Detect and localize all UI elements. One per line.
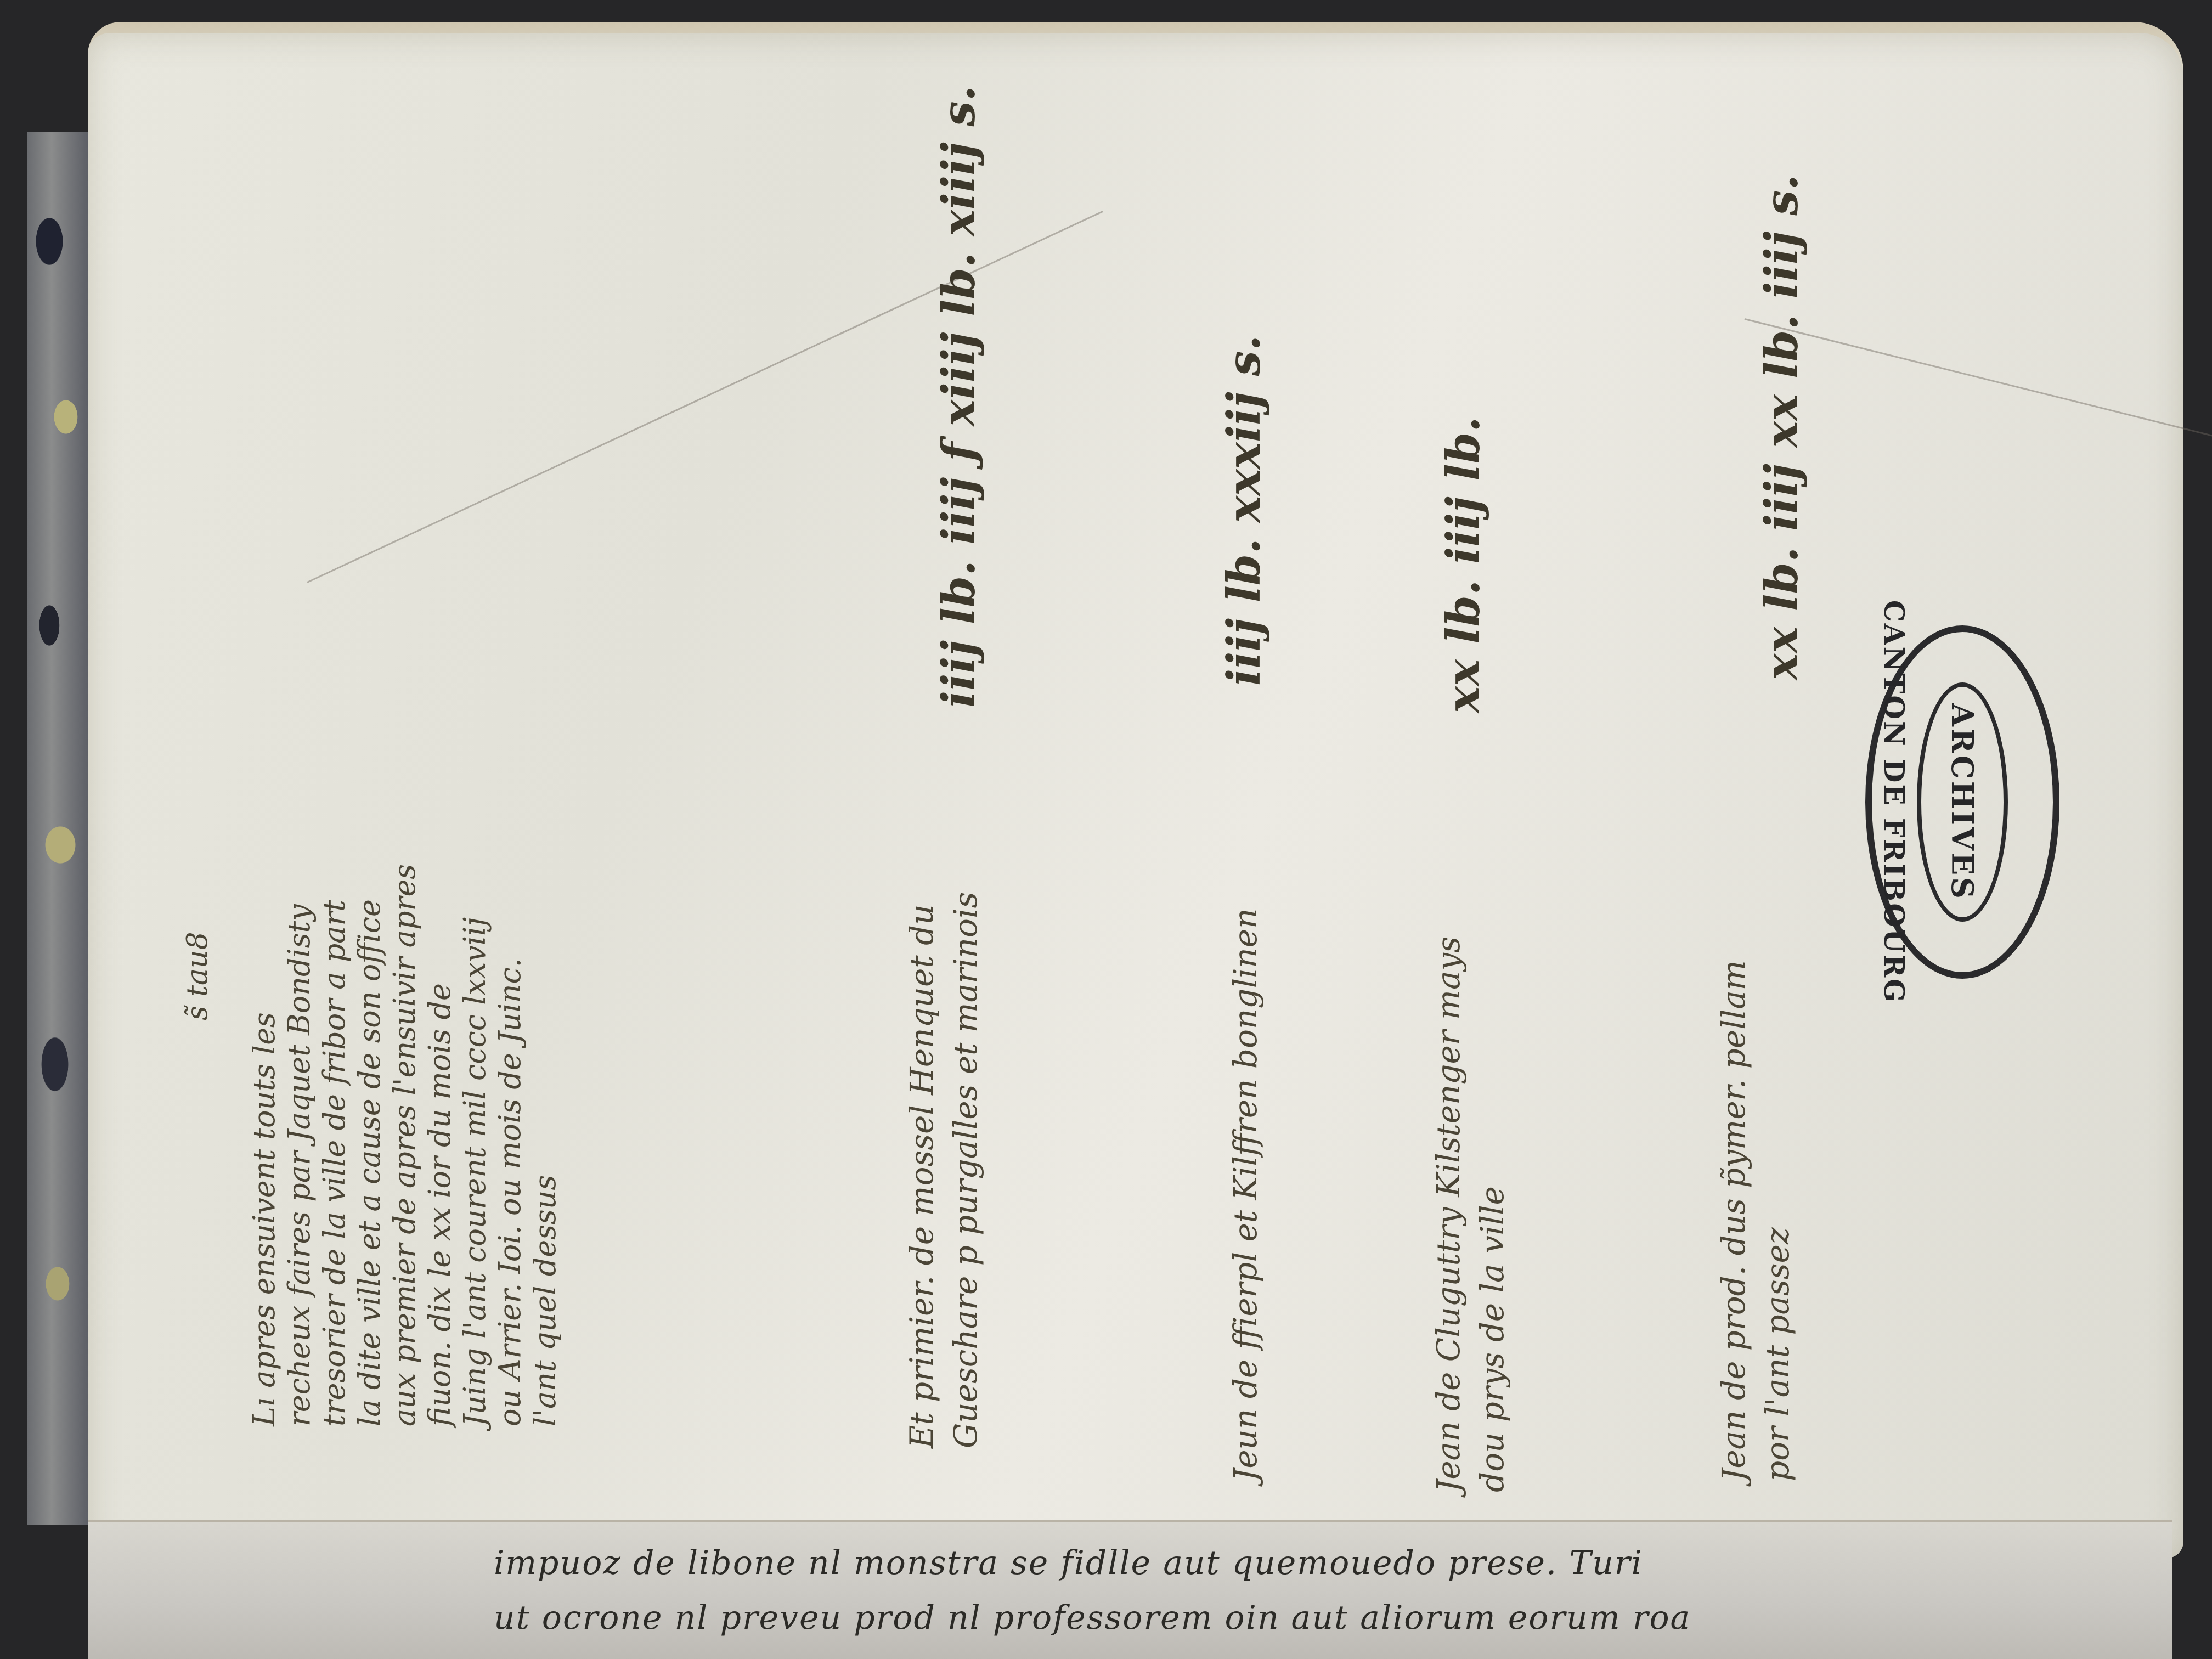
entry-amount: iiij lb. xxxiij s. (1218, 335, 1271, 686)
amount-text: iiij lb. xxxiij s. (1218, 335, 1271, 686)
ledger-entry: Et primier. de mossel Henquet du Guescha… (900, 892, 988, 1448)
paragraph-line: Juing l'ant courent mil cccc lxxviij (458, 864, 493, 1426)
ledger-entry: Jeun de ffierpl et Kilffren bonglinen (1223, 908, 1267, 1481)
stamp-inner-ring: ARCHIVES (1917, 682, 2008, 922)
entry-name-line: por l'ant passez (1756, 960, 1799, 1481)
stamp-outer-text: CANTON DE FRIBOURG (1878, 600, 1910, 1004)
vellum-text-line: impuoz de libone nl monstra se fidlle au… (494, 1544, 1643, 1582)
paragraph-line: tresorier de la ville de fribor a part (317, 864, 352, 1426)
ledger-entry: Jean de prod. dus p̃ymer. pellam por l'a… (1712, 960, 1799, 1481)
paragraph-line: ou Arrier. Ioi. ou mois de Juinc. (493, 864, 528, 1426)
entry-amount: iiij lb. iiij ƒ xiiij lb. xiiij s. (933, 86, 985, 708)
vellum-text-line: ut ocrone nl preveu prod nl professorem … (494, 1599, 1691, 1637)
opening-paragraph: Lı apres ensuivent touts les recheux fai… (247, 864, 563, 1426)
paragraph-line: aux premier de apres l'ensuivir apres (387, 864, 422, 1426)
entry-name-line: Jean de prod. dus p̃ymer. pellam (1712, 960, 1756, 1481)
marbled-book-edge (27, 132, 91, 1525)
paragraph-line: la dite ville et a cause de son office (352, 864, 387, 1426)
entry-amount: xx lb. iiij lb. (1437, 416, 1490, 713)
ledger-entry: Jean de Cluguttry Kilstenger mays dou pr… (1426, 936, 1514, 1492)
folio-mark: s̃ tau8 (181, 932, 214, 1020)
paragraph-line: Lı apres ensuivent touts les (247, 864, 282, 1426)
entry-name-line: Et primier. de mossel Henquet du (900, 892, 944, 1448)
amount-text: iiij lb. iiij ƒ xiiij lb. xiiij s. (933, 86, 985, 708)
entry-name-line: Jeun de ffierpl et Kilffren bonglinen (1223, 908, 1267, 1481)
amount-text: xx lb. iiij lb. (1437, 416, 1490, 713)
amount-text: xx lb. iiij xx lb. iiij s. (1756, 174, 1808, 680)
vellum-binding-strip: impuoz de libone nl monstra se fidlle au… (88, 1520, 2172, 1659)
paragraph-line: l'ant quel dessus (528, 864, 563, 1426)
folio-mark-text: s̃ tau8 (181, 932, 214, 1020)
paragraph-line: recheux faires par Jaquet Bondisty (282, 864, 317, 1426)
stamp-center-text: ARCHIVES (1945, 703, 1980, 901)
entry-name-line: Jean de Cluguttry Kilstenger mays (1426, 936, 1470, 1492)
entry-amount: xx lb. iiij xx lb. iiij s. (1756, 174, 1808, 680)
archive-stamp: CANTON DE FRIBOURG ARCHIVES (1865, 625, 2059, 979)
paragraph-line: fiuon. dix le xx ior du mois de (422, 864, 458, 1426)
entry-name-line: Gueschare p purgalles et marinois (944, 892, 988, 1448)
entry-name-line: dou prys de la ville (1470, 936, 1514, 1492)
